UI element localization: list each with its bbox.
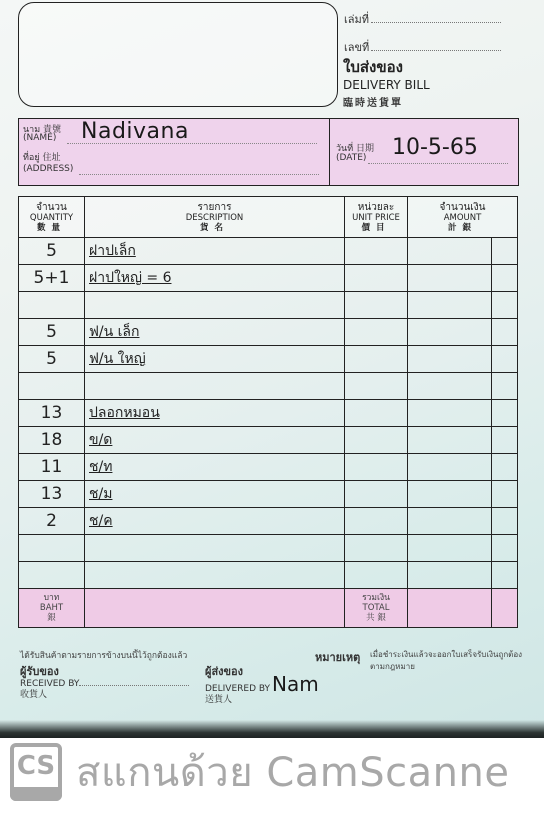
received-by-label-th: ผู้รับของ (20, 665, 59, 678)
row-unit-price (345, 427, 408, 454)
row-amount-satang (492, 346, 518, 373)
title-english: DELIVERY BILL (343, 78, 430, 92)
row-quantity: 13 (19, 481, 85, 508)
row-unit-price (345, 508, 408, 535)
row-unit-price (345, 265, 408, 292)
date-value: 10-5-65 (392, 135, 478, 160)
row-unit-price (345, 238, 408, 265)
row-amount (408, 373, 492, 400)
row-unit-price (345, 535, 408, 562)
row-amount-satang (492, 535, 518, 562)
row-amount (408, 238, 492, 265)
row-quantity: 5 (19, 346, 85, 373)
table-row: 5+1ฝาปใหญ่ = 6 (19, 265, 518, 292)
total-amount (408, 589, 492, 628)
row-description: ฝาปใหญ่ = 6 (85, 265, 345, 292)
remark-text: เมื่อชำระเงินแล้วจะออกใบเสร็จรับเงินถูกต… (370, 649, 525, 673)
row-amount (408, 319, 492, 346)
delivery-bill-paper: เล่มที่ เลขที่ ใบส่งของ DELIVERY BILL 臨時… (0, 0, 544, 738)
row-quantity: 5+1 (19, 265, 85, 292)
camscanner-watermark: CS สแกนด้วย CamScanne (10, 742, 509, 802)
row-amount (408, 562, 492, 589)
row-unit-price (345, 400, 408, 427)
table-row: 5ฝาปเล็ก (19, 238, 518, 265)
row-unit-price (345, 373, 408, 400)
book-number-field: เล่มที่ (344, 10, 501, 28)
remark-label: หมายเหตุ (315, 648, 360, 666)
received-by-field: ผู้รับของ RECEIVED BY 收貨人 (20, 666, 189, 701)
delivered-by-field: ผู้ส่งของ DELIVERED BYNam 送貨人 (205, 666, 319, 706)
table-row: 2ช/ค (19, 508, 518, 535)
row-quantity (19, 373, 85, 400)
row-description: ฝาปเล็ก (85, 238, 345, 265)
row-amount-satang (492, 292, 518, 319)
received-by-label-en: RECEIVED BY (20, 679, 79, 689)
row-unit-price (345, 454, 408, 481)
row-quantity: 2 (19, 508, 85, 535)
row-description: ข/ด (85, 427, 345, 454)
row-quantity: 5 (19, 319, 85, 346)
row-amount (408, 346, 492, 373)
table-row: 11ช/ท (19, 454, 518, 481)
row-unit-price (345, 481, 408, 508)
table-row (19, 562, 518, 589)
table-row (19, 535, 518, 562)
bill-number-field: เลขที่ (344, 38, 501, 56)
row-description (85, 562, 345, 589)
row-description: ช/ม (85, 481, 345, 508)
row-unit-price (345, 319, 408, 346)
title-chinese: 臨時送貨單 (343, 94, 403, 109)
row-description: ช/ค (85, 508, 345, 535)
table-row: 13ปลอกหมอน (19, 400, 518, 427)
date-label-en: (DATE) (336, 153, 366, 163)
row-amount (408, 427, 492, 454)
table-row: 13ช/ม (19, 481, 518, 508)
book-number-label: เล่มที่ (344, 13, 369, 26)
delivered-by-label-en: DELIVERED BY (205, 684, 270, 694)
col-header-quantity: จำนวน QUANTITY 數量 (19, 197, 85, 238)
table-row: 5ฟ/น เล็ก (19, 319, 518, 346)
row-amount-satang (492, 508, 518, 535)
blank-stamp-box (18, 2, 338, 107)
row-unit-price (345, 562, 408, 589)
row-quantity (19, 562, 85, 589)
row-amount-satang (492, 319, 518, 346)
title-thai: ใบส่งของ (343, 55, 403, 79)
row-description: ปลอกหมอน (85, 400, 345, 427)
delivered-by-value: Nam (272, 672, 319, 696)
row-unit-price (345, 292, 408, 319)
col-header-amount: จำนวนเงิน AMOUNT 計銀 (408, 197, 518, 238)
customer-info-section: นาม 貴號 (NAME) Nadivana ที่อยู่ 住址 (ADDRE… (18, 118, 519, 186)
customer-name-value: Nadivana (81, 119, 189, 144)
row-description (85, 373, 345, 400)
table-row (19, 373, 518, 400)
row-quantity: 18 (19, 427, 85, 454)
row-amount-satang (492, 454, 518, 481)
row-amount (408, 508, 492, 535)
row-amount (408, 454, 492, 481)
table-row: 5ฟ/น ใหญ่ (19, 346, 518, 373)
row-description (85, 535, 345, 562)
address-label-th: ที่อยู่ 住址 (23, 150, 60, 164)
row-description: ช/ท (85, 454, 345, 481)
table-row: 18ข/ด (19, 427, 518, 454)
row-quantity: 5 (19, 238, 85, 265)
row-amount-satang (492, 481, 518, 508)
row-amount (408, 481, 492, 508)
row-unit-price (345, 346, 408, 373)
row-description: ฟ/น ใหญ่ (85, 346, 345, 373)
camscanner-logo-icon: CS (10, 743, 62, 801)
address-label-en: (ADDRESS) (23, 164, 73, 174)
items-table: จำนวน QUANTITY 數量 รายการ DESCRIPTION 貨名 … (18, 196, 518, 628)
table-row (19, 292, 518, 319)
row-amount-satang (492, 427, 518, 454)
row-amount (408, 265, 492, 292)
baht-label: บาท BAHT 銀 (19, 589, 85, 628)
row-amount-satang (492, 373, 518, 400)
row-amount (408, 535, 492, 562)
total-amount-satang (492, 589, 518, 628)
col-header-description: รายการ DESCRIPTION 貨名 (85, 197, 345, 238)
received-by-label-cn: 收貨人 (20, 690, 47, 700)
baht-in-words (85, 589, 345, 628)
row-amount-satang (492, 562, 518, 589)
col-header-unit-price: หน่วยละ UNIT PRICE 價目 (345, 197, 408, 238)
watermark-text: สแกนด้วย CamScanne (76, 740, 509, 804)
bill-number-label: เลขที่ (344, 41, 369, 54)
table-header-row: จำนวน QUANTITY 數量 รายการ DESCRIPTION 貨名 … (19, 197, 518, 238)
row-amount (408, 292, 492, 319)
row-amount-satang (492, 400, 518, 427)
row-description (85, 292, 345, 319)
row-description: ฟ/น เล็ก (85, 319, 345, 346)
total-label: รวมเงิน TOTAL 共 銀 (345, 589, 408, 628)
delivered-by-label-cn: 送貨人 (205, 695, 232, 705)
row-quantity (19, 535, 85, 562)
delivered-by-label-th: ผู้ส่งของ (205, 665, 243, 678)
row-amount-satang (492, 238, 518, 265)
row-quantity: 13 (19, 400, 85, 427)
row-amount (408, 400, 492, 427)
row-amount-satang (492, 265, 518, 292)
name-label-en: (NAME) (23, 133, 56, 143)
row-quantity: 11 (19, 454, 85, 481)
receipt-note: ได้รับสินค้าตามรายการข้างบนนี้ไว้ถูกต้อง… (20, 648, 187, 662)
total-row: บาท BAHT 銀 รวมเงิน TOTAL 共 銀 (19, 589, 518, 628)
row-quantity (19, 292, 85, 319)
